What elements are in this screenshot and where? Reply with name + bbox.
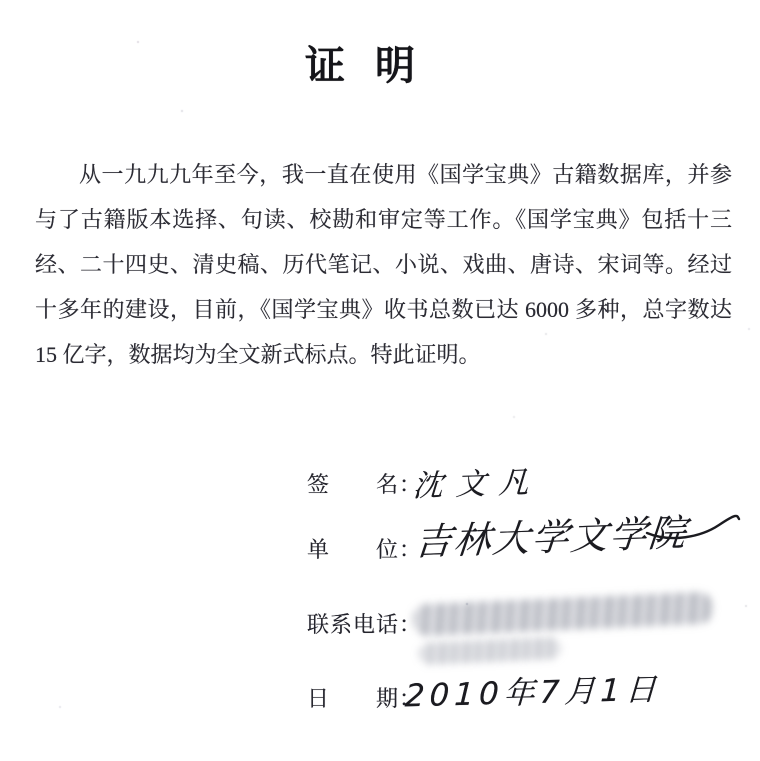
unit-row: 单 位： 吉林大学文学院 — [307, 533, 422, 563]
signature-label: 签 名： — [307, 472, 422, 497]
unit-label: 单 位： — [307, 537, 422, 562]
phone-redacted-blur-line-1 — [412, 591, 713, 636]
date-handwritten-value: 2010年7月1日 — [404, 664, 662, 716]
certificate-document-page: 证明 从一九九九年至今，我一直在使用《国学宝典》古籍数据库，并参与了古籍版本选择… — [0, 0, 760, 761]
phone-redacted-blur-line-2 — [419, 637, 562, 665]
signature-handwritten-value: 沈文凡 — [412, 457, 543, 506]
scan-noise-specks — [0, 0, 2, 2]
pen-flourish-stroke — [645, 511, 741, 545]
phone-label: 联系电话： — [307, 612, 422, 637]
signature-row: 签 名： 沈文凡 — [307, 468, 422, 498]
document-title: 证明 — [0, 34, 720, 91]
body-paragraph: 从一九九九年至今，我一直在使用《国学宝典》古籍数据库，并参与了古籍版本选择、句读… — [35, 152, 732, 377]
date-row: 日 期： 2010年7月1日 — [307, 682, 422, 712]
phone-row: 联系电话： — [307, 608, 422, 638]
